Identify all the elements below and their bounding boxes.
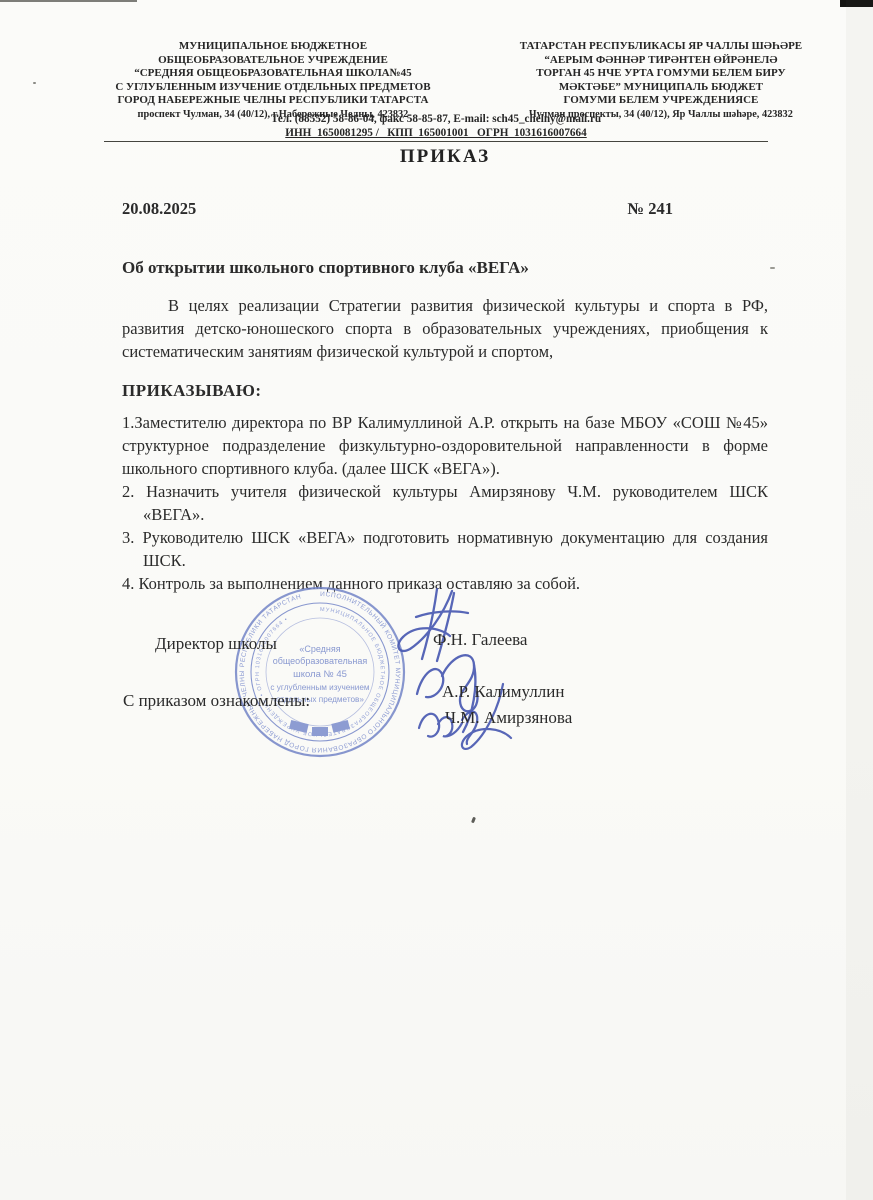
order-item-2: 2. Назначить учителя физической культуры…	[122, 480, 768, 526]
stamp-center-line: «Средняя	[299, 644, 340, 654]
letterhead-rule	[104, 141, 768, 142]
director-name: Ф.Н. Галеева	[433, 630, 527, 650]
order-item-1: 1.Заместителю директора по ВР Калимуллин…	[122, 411, 768, 480]
director-label: Директор школы	[155, 634, 277, 654]
letterhead-tatar-block: ТАТАРСТАН РЕСПУБЛИКАСЫ ЯР ЧАЛЛЫ ШӘҺӘРЕ “…	[457, 40, 865, 121]
acknowledged-name-2: Ч.М. Амирзянова	[445, 708, 572, 728]
stamp-bottom-marks	[289, 720, 350, 736]
scan-edge-top-left	[0, 0, 137, 2]
document-title: ПРИКАЗ	[122, 146, 768, 168]
contact-line: Тел. (88552) 58-86-04, факс 58-85-87, E-…	[104, 113, 768, 125]
scan-seam-right	[846, 0, 873, 1200]
scan-speck	[471, 817, 476, 824]
org-name-line: “СРЕДНЯЯ ОБЩЕОБРАЗОВАТЕЛЬНАЯ ШКОЛА№45	[95, 67, 451, 81]
acknowledged-label: С приказом ознакомлены:	[123, 691, 310, 711]
org-name-line: ТАТАРСТАН РЕСПУБЛИКАСЫ ЯР ЧАЛЛЫ ШӘҺӘРЕ	[457, 40, 865, 54]
org-name-line: ТОРГАН 45 НЧЕ УРТА ГОМУМИ БЕЛЕМ БИРУ	[457, 67, 865, 81]
org-name-line: “АЕРЫМ ФӘННӘР ТИРӘНТЕН ӨЙРӘНЕЛӘ	[457, 54, 865, 68]
letterhead-russian-block: МУНИЦИПАЛЬНОЕ БЮДЖЕТНОЕ ОБЩЕОБРАЗОВАТЕЛЬ…	[95, 40, 457, 121]
org-name-line: ГОРОД НАБЕРЕЖНЫЕ ЧЕЛНЫ РЕСПУБЛИКИ ТАТАРС…	[95, 94, 451, 108]
stamp-center-line: школа № 45	[293, 669, 347, 680]
preamble-paragraph: В целях реализации Стратегии развития фи…	[122, 294, 768, 363]
order-list: 1.Заместителю директора по ВР Калимуллин…	[122, 411, 768, 595]
org-name-line: МӘКТӘБЕ” МУНИЦИПАЛЬ БЮДЖЕТ	[457, 81, 865, 95]
document-body: 20.08.2025 № 241 Об открытии школьного с…	[122, 197, 768, 595]
document-number: № 241	[628, 197, 673, 220]
letterhead: МУНИЦИПАЛЬНОЕ БЮДЖЕТНОЕ ОБЩЕОБРАЗОВАТЕЛЬ…	[95, 40, 865, 121]
scan-speck	[770, 267, 775, 269]
scan-speck	[33, 82, 36, 84]
org-name-line: С УГЛУБЛЕННЫМ ИЗУЧЕНИЕ ОТДЕЛЬНЫХ ПРЕДМЕТ…	[95, 81, 451, 95]
stamp-center-line: общеобразовательная	[273, 656, 368, 666]
scanned-order-document: МУНИЦИПАЛЬНОЕ БЮДЖЕТНОЕ ОБЩЕОБРАЗОВАТЕЛЬ…	[0, 0, 873, 1200]
date-number-row: 20.08.2025 № 241	[122, 197, 768, 220]
order-heading: ПРИКАЗЫВАЮ:	[122, 379, 768, 402]
org-name-line: МУНИЦИПАЛЬНОЕ БЮДЖЕТНОЕ	[95, 40, 451, 54]
order-item-3: 3. Руководителю ШСК «ВЕГА» подготовить н…	[122, 526, 768, 572]
org-name-line: ГОМУМИ БЕЛЕМ УЧРЕЖДЕНИЯСЕ	[457, 94, 865, 108]
registration-line: ИНН 1650081295 / КПП 165001001 ОГРН 1031…	[104, 127, 768, 139]
acknowledged-name-1: А.Р. Калимуллин	[442, 682, 564, 702]
document-date: 20.08.2025	[122, 197, 196, 220]
school-stamp: ИСПОЛНИТЕЛЬНЫЙ КОМИТЕТ МУНИЦИПАЛЬНОГО ОБ…	[234, 586, 406, 758]
org-name-line: ОБЩЕОБРАЗОВАТЕЛЬНОЕ УЧРЕЖДЕНИЕ	[95, 54, 451, 68]
document-subject: Об открытии школьного спортивного клуба …	[122, 256, 768, 279]
